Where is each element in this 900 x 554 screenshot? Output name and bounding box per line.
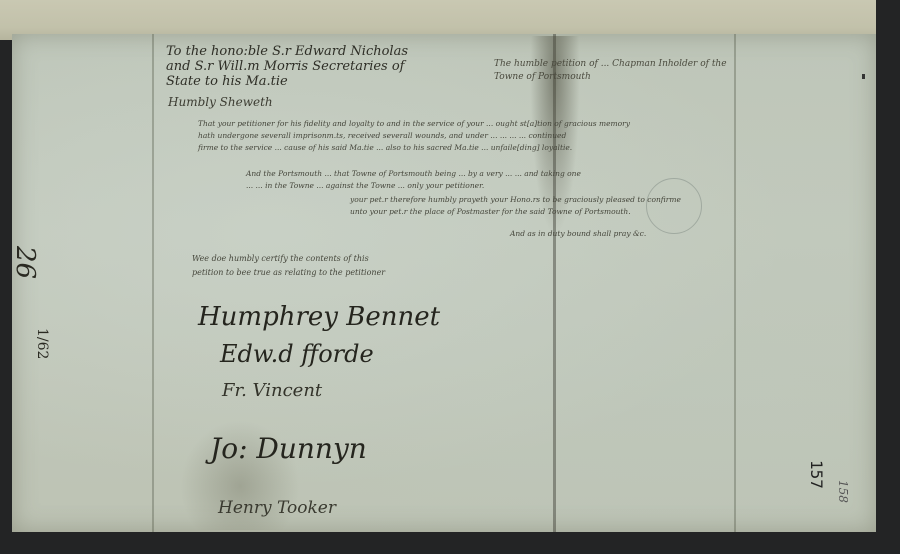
signature: Henry Tooker (218, 498, 336, 518)
address-line: State to his Ma.tie (166, 74, 408, 89)
endorsement: The humble petition of ... Chapman Inhol… (494, 58, 727, 84)
petition-paragraph: your pet.r therefore humbly prayeth your… (350, 194, 681, 218)
text-line: That your petitioner for his fidelity an… (198, 118, 630, 130)
petition-paragraph: That your petitioner for his fidelity an… (198, 118, 630, 154)
endorsement-line: The humble petition of ... Chapman Inhol… (494, 58, 727, 71)
fold-line (734, 34, 736, 532)
fold-line (152, 34, 154, 532)
text-line: your pet.r therefore humbly prayeth your… (350, 194, 681, 206)
signature: Jo: Dunnyn (210, 432, 367, 465)
text-line: firme to the service ... cause of his sa… (198, 142, 630, 154)
address-line: and S.r Will.m Morris Secretaries of (166, 59, 408, 74)
text-line: And the Portsmouth ... that Towne of Por… (246, 168, 581, 180)
address-block: To the hono:ble S.r Edward Nicholas and … (166, 44, 408, 89)
salutation: Humbly Sheweth (168, 95, 273, 109)
signature: Humphrey Bennet (198, 302, 440, 332)
text-line: unto your pet.r the place of Postmaster … (350, 206, 681, 218)
folio-number-large: 26 (10, 246, 40, 279)
manuscript-sheet (12, 34, 876, 532)
text-line: Wee doe humbly certify the contents of t… (192, 252, 385, 266)
certification: Wee doe humbly certify the contents of t… (192, 252, 385, 280)
text-line: petition to bee true as relating to the … (192, 266, 385, 280)
text-line: ... ... in the Towne ... against the Tow… (246, 180, 581, 192)
folio-number-small: 1/62 (34, 328, 50, 359)
folio-pencil: 158 (836, 480, 850, 503)
endorsement-line: Towne of Portsmouth (494, 71, 727, 84)
petition-paragraph: And the Portsmouth ... that Towne of Por… (246, 168, 581, 192)
edge-mark (862, 74, 865, 79)
folio-stamp: 157 (807, 460, 826, 489)
address-line: To the hono:ble S.r Edward Nicholas (166, 44, 408, 59)
signature: Fr. Vincent (222, 380, 322, 401)
signature: Edw.d fforde (220, 340, 374, 368)
text-line: hath undergone severall imprisonm.ts, re… (198, 130, 630, 142)
closing-line: And as in duty bound shall pray &c. (510, 228, 646, 240)
